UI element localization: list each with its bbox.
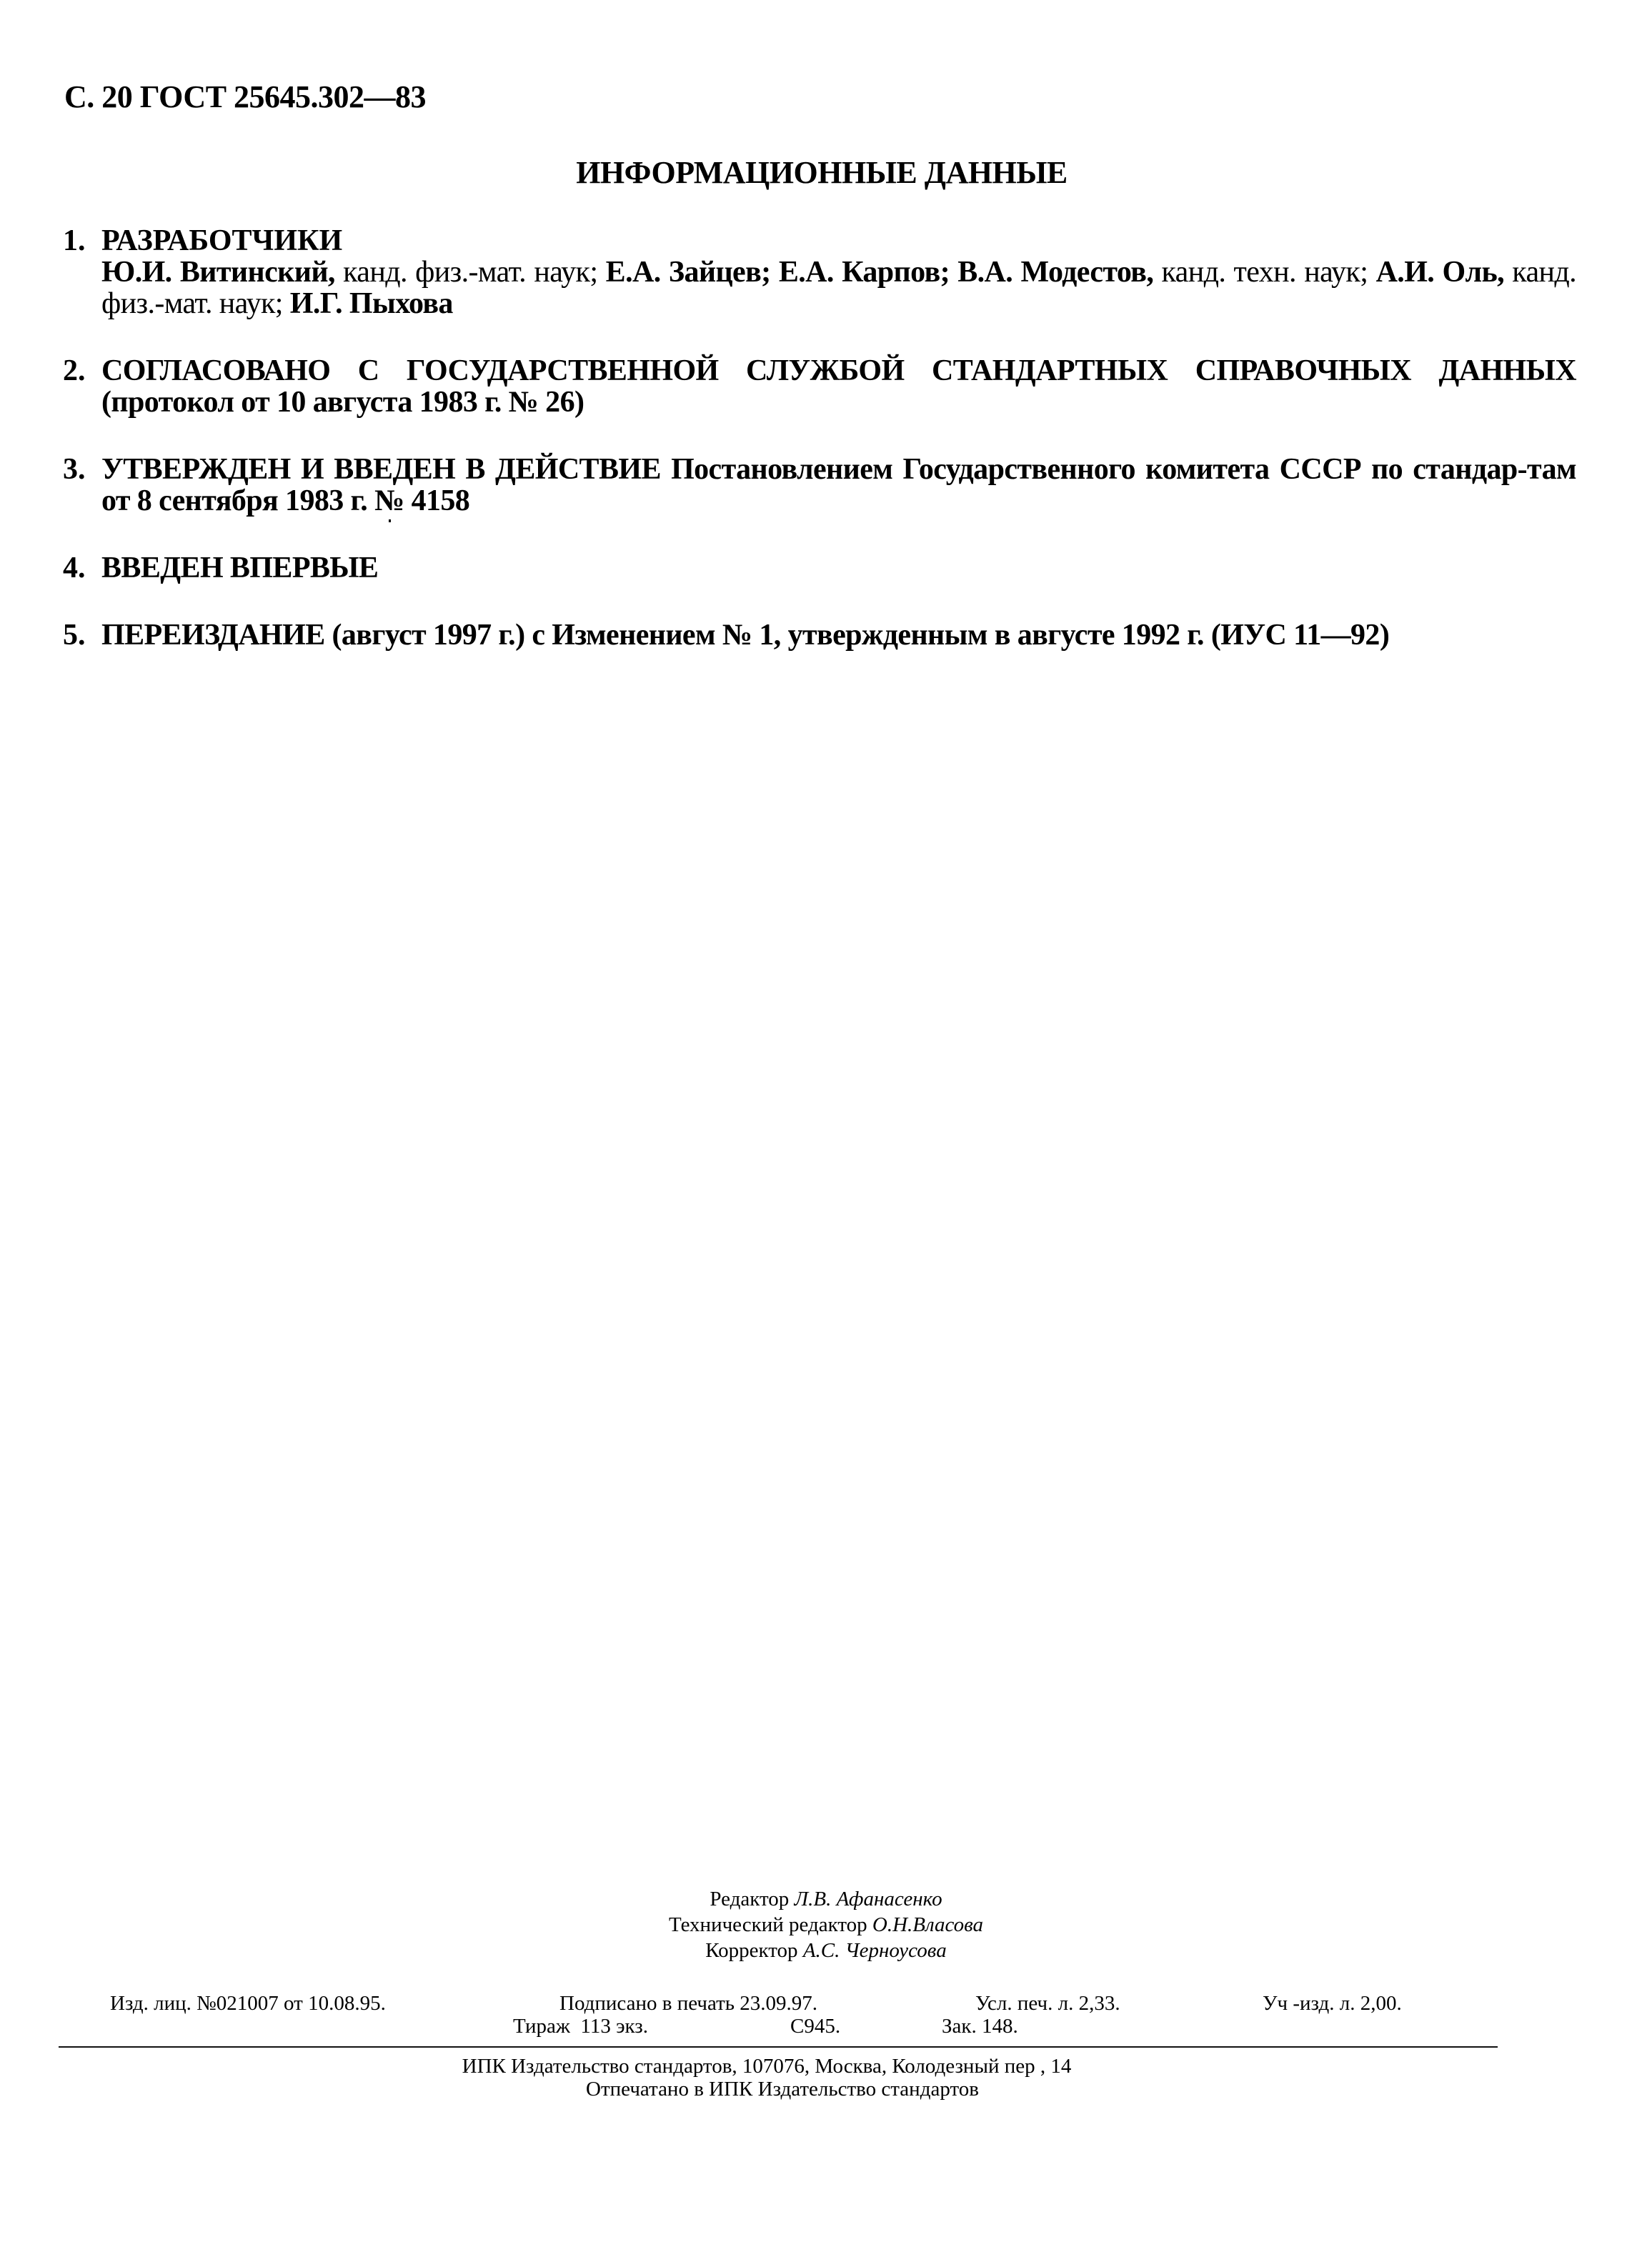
item-text: ВВЕДЕН ВПЕРВЫЕ — [101, 552, 1576, 584]
credit-editor: Редактор Л.В. Афанасенко — [0, 1886, 1652, 1912]
credit-label: Технический редактор — [669, 1913, 872, 1936]
developer-name: И.Г. Пыхова — [283, 287, 453, 320]
credit-corrector: Корректор А.С. Черноусова — [0, 1938, 1652, 1963]
developer-name: В.А. Модестов — [950, 256, 1146, 289]
item-number: 5. — [63, 619, 86, 651]
item-text: СОГЛАСОВАНО С ГОСУДАРСТВЕННОЙ СЛУЖБОЙ СТ… — [101, 355, 1576, 418]
scan-artifact — [389, 519, 391, 522]
credit-name: А.С. Черноусова — [803, 1939, 947, 1962]
item-number: 2. — [63, 355, 86, 387]
info-item-approved-by: 2. СОГЛАСОВАНО С ГОСУДАРСТВЕННОЙ СЛУЖБОЙ… — [63, 355, 1576, 418]
imprint-license: Изд. лиц. №021007 от 10.08.95. — [110, 1991, 386, 2016]
item-heading: РАЗРАБОТЧИКИ — [101, 225, 1576, 256]
publisher-address: ИПК Издательство стандартов, 107076, Мос… — [0, 2053, 1533, 2079]
page-header: С. 20 ГОСТ 25645.302—83 — [64, 80, 426, 114]
developers-list: Ю.И. Витинский, канд. физ.-мат. наук; Е.… — [101, 256, 1576, 319]
credit-label: Корректор — [705, 1939, 803, 1962]
imprint-code: С945. — [790, 2013, 840, 2039]
info-item-enacted: 3. УТВЕРЖДЕН И ВВЕДЕН В ДЕЙСТВИЕ Постано… — [63, 454, 1576, 517]
developer-degree: канд. физ.-мат. наук; — [335, 256, 598, 289]
section-title: ИНФОРМАЦИОННЫЕ ДАННЫЕ — [0, 156, 1643, 190]
imprint-order: Зак. 148. — [942, 2013, 1018, 2039]
item-number: 1. — [63, 225, 86, 256]
publisher-printed: Отпечатано в ИПК Издательство стандартов — [0, 2076, 1565, 2102]
imprint-pub-sheets: Уч -изд. л. 2,00. — [1263, 1991, 1402, 2016]
imprint-signed: Подписано в печать 23.09.97. — [559, 1991, 817, 2016]
credit-name: Л.В. Афанасенко — [795, 1888, 942, 1910]
separator: , — [1146, 256, 1153, 289]
info-list: 1. РАЗРАБОТЧИКИ Ю.И. Витинский, канд. фи… — [63, 225, 1576, 687]
developer-name: Ю.И. Витинский — [101, 256, 328, 289]
imprint-run: Тираж 113 экз. — [513, 2013, 648, 2039]
info-item-first-introduced: 4. ВВЕДЕН ВПЕРВЫЕ — [63, 552, 1576, 584]
imprint-print-sheets: Усл. печ. л. 2,33. — [975, 1991, 1120, 2016]
credit-tech-editor: Технический редактор О.Н.Власова — [0, 1912, 1652, 1938]
separator: , — [1497, 256, 1504, 289]
item-detail: (август 1997 г.) с Изменением № 1, утвер… — [325, 619, 1390, 652]
developer-degree: канд. техн. наук; — [1153, 256, 1368, 289]
credit-label: Редактор — [710, 1888, 794, 1910]
item-number: 3. — [63, 454, 86, 485]
credit-name: О.Н.Власова — [872, 1913, 983, 1936]
item-heading: ПЕРЕИЗДАНИЕ — [101, 619, 325, 652]
info-item-developers: 1. РАЗРАБОТЧИКИ Ю.И. Витинский, канд. фи… — [63, 225, 1576, 319]
item-number: 4. — [63, 552, 86, 584]
separator: , — [328, 256, 335, 289]
divider-rule — [59, 2046, 1498, 2048]
developer-name: Е.А. Карпов; — [771, 256, 950, 289]
developer-name: А.И. Оль — [1368, 256, 1497, 289]
item-heading: УТВЕРЖДЕН И ВВЕДЕН В ДЕЙСТВИЕ — [101, 453, 661, 486]
item-text: УТВЕРЖДЕН И ВВЕДЕН В ДЕЙСТВИЕ Постановле… — [101, 454, 1576, 517]
info-item-reissue: 5. ПЕРЕИЗДАНИЕ (август 1997 г.) с Измене… — [63, 619, 1576, 651]
item-text: ПЕРЕИЗДАНИЕ (август 1997 г.) с Изменение… — [101, 619, 1576, 651]
developer-name: Е.А. Зайцев; — [597, 256, 770, 289]
